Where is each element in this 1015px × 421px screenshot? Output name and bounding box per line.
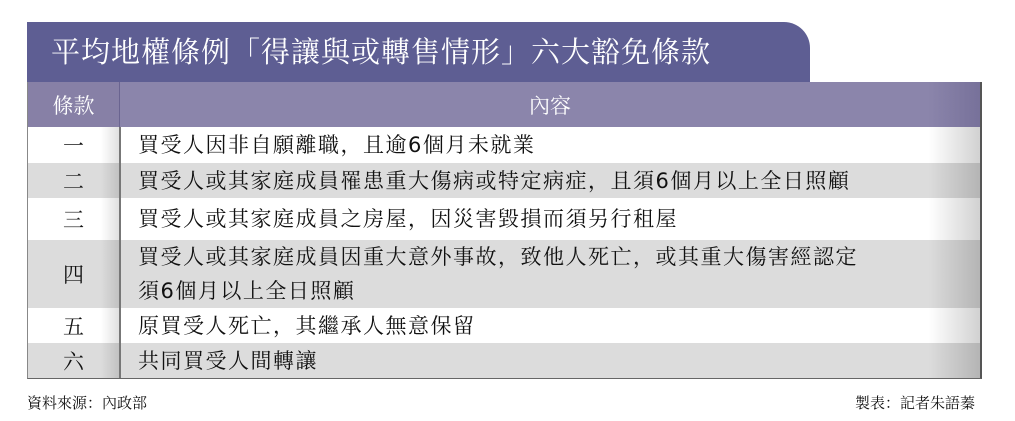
- clause-number: 二: [28, 163, 121, 198]
- exemption-table: 條款 內容 一 買受人因非自願離職，且逾6個月未就業 二 買受人或其家庭成員罹患…: [27, 82, 982, 379]
- content-line: 須6個月以上全日照顧: [138, 274, 980, 308]
- clause-number: 一: [28, 127, 121, 163]
- table-row: 一 買受人因非自願離職，且逾6個月未就業: [28, 127, 980, 163]
- table-title: 平均地權條例「得讓與或轉售情形」六大豁免條款: [27, 22, 810, 82]
- credit-note: 製表：記者朱語蓁: [855, 392, 975, 413]
- table-row: 二 買受人或其家庭成員罹患重大傷病或特定病症，且須6個月以上全日照顧: [28, 163, 980, 198]
- clause-content: 買受人或其家庭成員罹患重大傷病或特定病症，且須6個月以上全日照顧: [121, 163, 980, 198]
- clause-number: 六: [28, 343, 121, 378]
- clause-number: 四: [28, 240, 121, 308]
- header-content: 內容: [120, 82, 980, 127]
- content-line: 買受人或其家庭成員因重大意外事故，致他人死亡，或其重大傷害經認定: [138, 240, 980, 274]
- clause-number: 三: [28, 198, 121, 240]
- content-line: 買受人或其家庭成員罹患重大傷病或特定病症，且須6個月以上全日照顧: [138, 164, 980, 198]
- table-row: 三 買受人或其家庭成員之房屋，因災害毀損而須另行租屋: [28, 198, 980, 240]
- clause-content: 原買受人死亡，其繼承人無意保留: [121, 308, 980, 343]
- clause-content: 共同買受人間轉讓: [121, 343, 980, 378]
- header-clause: 條款: [28, 82, 120, 127]
- content-line: 買受人因非自願離職，且逾6個月未就業: [138, 128, 980, 162]
- clause-content: 買受人或其家庭成員因重大意外事故，致他人死亡，或其重大傷害經認定 須6個月以上全…: [121, 240, 980, 308]
- table-row: 四 買受人或其家庭成員因重大意外事故，致他人死亡，或其重大傷害經認定 須6個月以…: [28, 240, 980, 308]
- content-line: 原買受人死亡，其繼承人無意保留: [138, 309, 980, 343]
- table-header: 條款 內容: [28, 82, 980, 127]
- clause-content: 買受人因非自願離職，且逾6個月未就業: [121, 127, 980, 163]
- clause-content: 買受人或其家庭成員之房屋，因災害毀損而須另行租屋: [121, 198, 980, 240]
- table-row: 五 原買受人死亡，其繼承人無意保留: [28, 308, 980, 343]
- source-note: 資料來源：內政部: [27, 392, 147, 413]
- table-row: 六 共同買受人間轉讓: [28, 343, 980, 378]
- content-line: 買受人或其家庭成員之房屋，因災害毀損而須另行租屋: [138, 202, 980, 236]
- content-line: 共同買受人間轉讓: [138, 344, 980, 378]
- clause-number: 五: [28, 308, 121, 343]
